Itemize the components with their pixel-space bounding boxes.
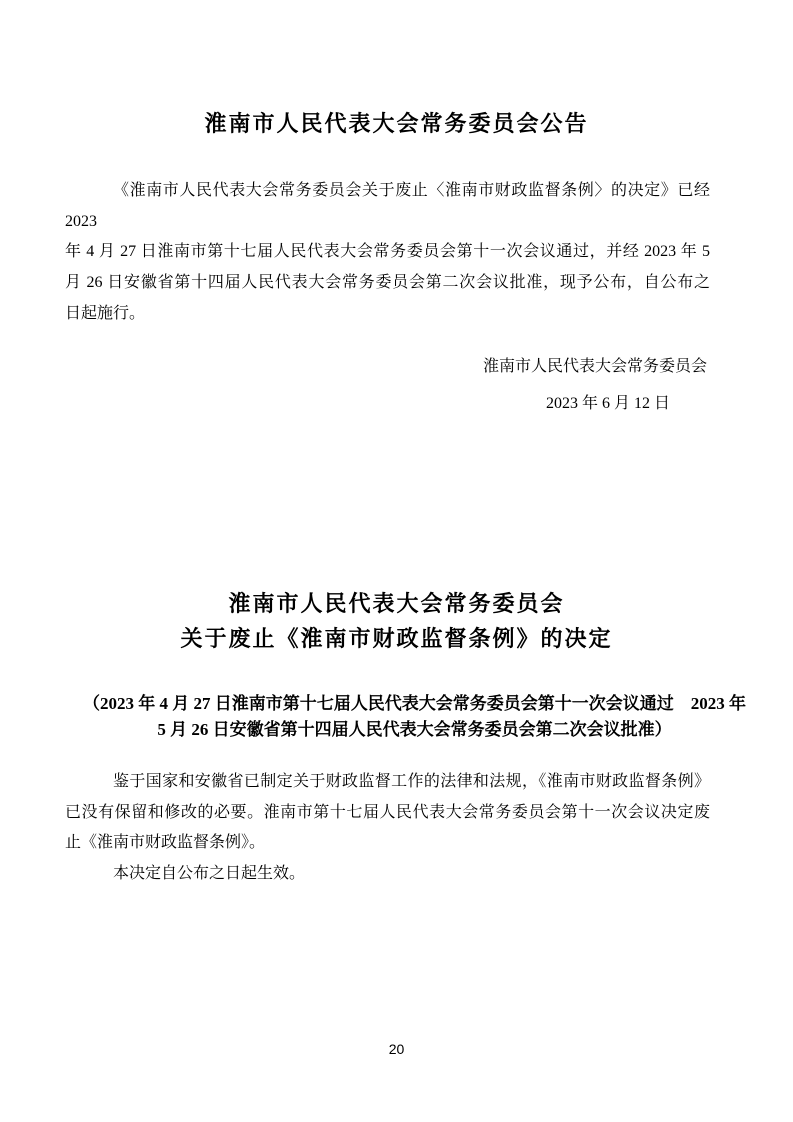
announcement-title: 淮南市人民代表大会常务委员会公告 <box>0 109 793 139</box>
announcement-body-line: 月 26 日安徽省第十四届人民代表大会常务委员会第二次会议批准，现予公布，自公布… <box>65 268 710 299</box>
decision-title-line: 淮南市人民代表大会常务委员会 <box>0 586 793 621</box>
announcement-body-line: 日起施行。 <box>65 299 710 330</box>
decision-closing-line: 本决定自公布之日起生效。 <box>65 859 710 890</box>
decision-note: （2023 年 4 月 27 日淮南市第十七届人民代表大会常务委员会第十一次会议… <box>18 691 793 743</box>
decision-note-line: 5 月 26 日安徽省第十四届人民代表大会常务委员会第二次会议批准） <box>18 717 793 743</box>
decision-body-line: 鉴于国家和安徽省已制定关于财政监督工作的法律和法规，《淮南市财政监督条例》 <box>65 767 710 798</box>
decision-body: 鉴于国家和安徽省已制定关于财政监督工作的法律和法规，《淮南市财政监督条例》 已没… <box>65 767 710 890</box>
announcement-date: 2023 年 6 月 12 日 <box>65 394 670 414</box>
decision-body-line: 已没有保留和修改的必要。淮南市第十七届人民代表大会常务委员会第十一次会议决定废 <box>65 798 710 829</box>
announcement-signature: 淮南市人民代表大会常务委员会 <box>65 357 707 377</box>
announcement-body: 《淮南市人民代表大会常务委员会关于废止〈淮南市财政监督条例〉的决定》已经 202… <box>65 176 710 330</box>
decision-title-line: 关于废止《淮南市财政监督条例》的决定 <box>0 621 793 656</box>
decision-body-line: 止《淮南市财政监督条例》。 <box>65 828 710 859</box>
announcement-body-line: 年 4 月 27 日淮南市第十七届人民代表大会常务委员会第十一次会议通过，并经 … <box>65 237 710 268</box>
announcement-body-line: 《淮南市人民代表大会常务委员会关于废止〈淮南市财政监督条例〉的决定》已经 202… <box>65 176 710 237</box>
document-page: 淮南市人民代表大会常务委员会公告 《淮南市人民代表大会常务委员会关于废止〈淮南市… <box>0 0 793 1122</box>
page-number: 20 <box>0 1041 793 1057</box>
decision-title: 淮南市人民代表大会常务委员会 关于废止《淮南市财政监督条例》的决定 <box>0 586 793 656</box>
decision-note-line: （2023 年 4 月 27 日淮南市第十七届人民代表大会常务委员会第十一次会议… <box>18 691 793 717</box>
